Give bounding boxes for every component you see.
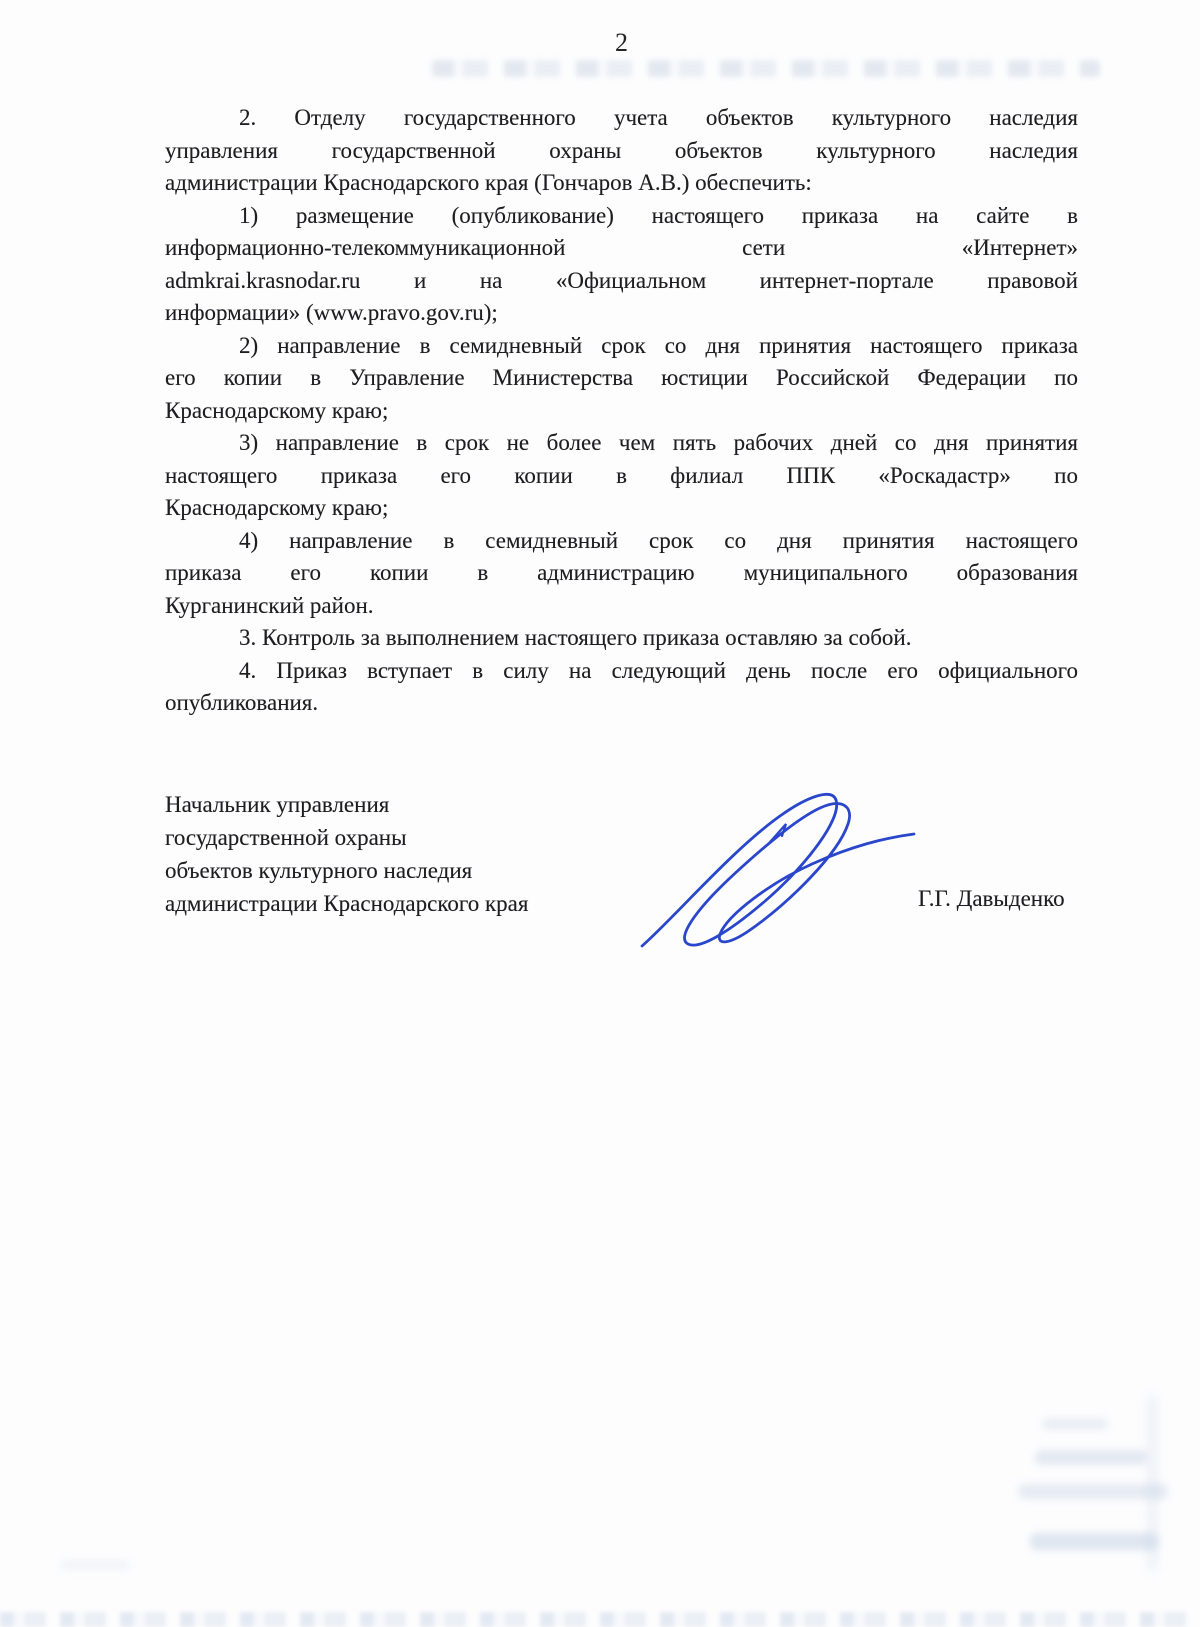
scan-artifact-bleedthrough — [1042, 1418, 1108, 1430]
paragraph-line: 4. Приказ вступает в силу на следующий д… — [165, 655, 1078, 688]
paragraph-line: 2) направление в семидневный срок со дня… — [165, 330, 1078, 363]
paragraph-line: администрации Краснодарского края (Гонча… — [165, 167, 1078, 200]
signatory-title-block: Начальник управления государственной охр… — [165, 788, 528, 920]
scan-artifact-bleedthrough — [1148, 1396, 1157, 1571]
paragraph-line: 2. Отделу государственного учета объекто… — [165, 102, 1078, 135]
paragraph-line: Краснодарскому краю; — [165, 395, 1078, 428]
scan-artifact-bleedthrough — [1018, 1484, 1168, 1499]
paragraph-line: 3) направление в срок не более чем пять … — [165, 427, 1078, 460]
signatory-title-line: государственной охраны — [165, 821, 528, 854]
paragraph-line: admkrai.krasnodar.ru и на «Официальном и… — [165, 265, 1078, 298]
scan-artifact-bleedthrough — [1030, 1533, 1158, 1550]
signatory-name: Г.Г. Давыденко — [918, 886, 1065, 912]
paragraph: 4. Приказ вступает в силу на следующий д… — [165, 655, 1078, 720]
paragraph-line: Курганинский район. — [165, 590, 1078, 623]
paragraph: 4) направление в семидневный срок со дня… — [165, 525, 1078, 623]
paragraph-line: 4) направление в семидневный срок со дня… — [165, 525, 1078, 558]
paragraph: 3) направление в срок не более чем пять … — [165, 427, 1078, 525]
paragraph-line: приказа его копии в администрацию муници… — [165, 557, 1078, 590]
paragraph-line: 3. Контроль за выполнением настоящего пр… — [165, 622, 1078, 655]
paragraph-line: его копии в Управление Министерства юсти… — [165, 362, 1078, 395]
scanned-document-page: 2 2. Отделу государственного учета объек… — [0, 0, 1200, 1627]
paragraph-line: информационно-телекоммуникационной сети … — [165, 232, 1078, 265]
paragraph: 1) размещение (опубликование) настоящего… — [165, 200, 1078, 330]
signature-stroke-tick — [770, 824, 786, 842]
paragraph-line: опубликования. — [165, 687, 1078, 720]
scan-artifact-bleedthrough — [60, 1560, 130, 1570]
paragraph-line: 1) размещение (опубликование) настоящего… — [165, 200, 1078, 233]
signatory-title-line: объектов культурного наследия — [165, 854, 528, 887]
document-body: 2. Отделу государственного учета объекто… — [165, 102, 1078, 720]
scan-artifact-bleedthrough-top — [432, 60, 1100, 77]
paragraph: 3. Контроль за выполнением настоящего пр… — [165, 622, 1078, 655]
paragraph-line: настоящего приказа его копии в филиал ПП… — [165, 460, 1078, 493]
page-number: 2 — [165, 28, 1078, 58]
signatory-title-line: администрации Краснодарского края — [165, 887, 528, 920]
scan-artifact-bleedthrough-bottom — [0, 1612, 1200, 1627]
scan-artifact-bleedthrough — [1035, 1450, 1147, 1465]
paragraph-line: Краснодарскому краю; — [165, 492, 1078, 525]
handwritten-signature-ink — [612, 778, 934, 956]
paragraph: 2) направление в семидневный срок со дня… — [165, 330, 1078, 428]
signature-stroke — [642, 794, 914, 946]
paragraph-line: информации» (www.pravo.gov.ru); — [165, 297, 1078, 330]
signatory-title-line: Начальник управления — [165, 788, 528, 821]
paragraph-line: управления государственной охраны объект… — [165, 135, 1078, 168]
paragraph: 2. Отделу государственного учета объекто… — [165, 102, 1078, 200]
